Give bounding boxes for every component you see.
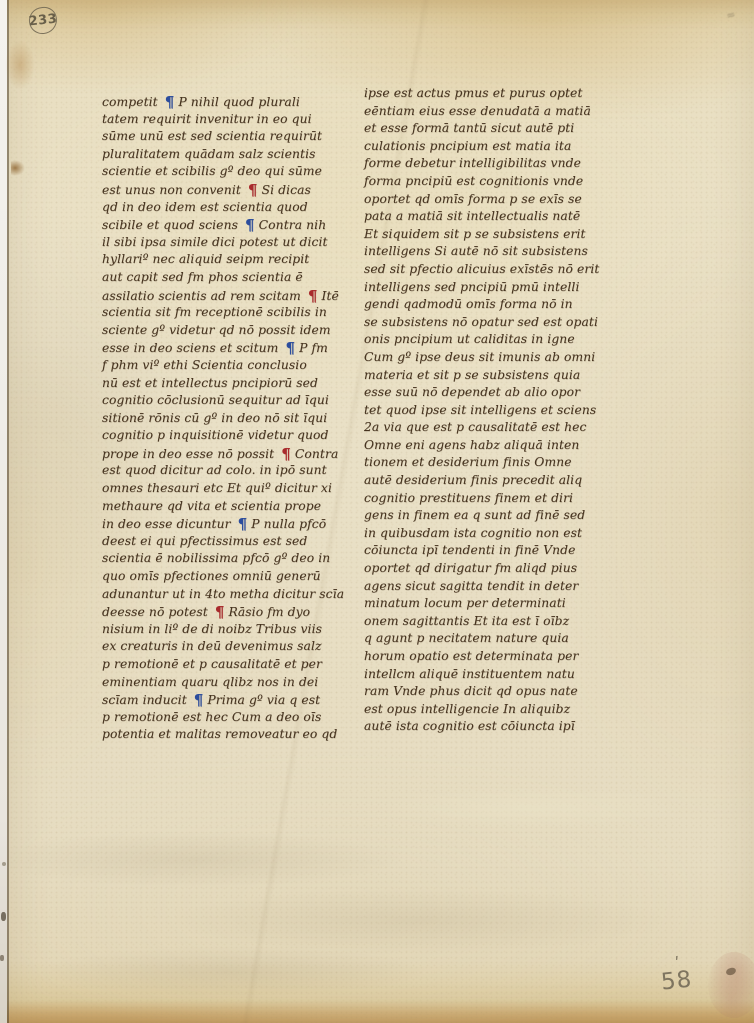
- text-line: Et siquidem sit p se subsistens erit: [364, 226, 610, 244]
- backing-speck: [2, 862, 6, 866]
- text-line: prope in deo esse nō possit ¶Contra: [102, 445, 342, 463]
- text-line: potentia et malitas removeatur eo qd: [102, 726, 342, 744]
- text-line: onis pncipium ut caliditas in igne: [364, 331, 610, 349]
- text-line: esse suū nō dependet ab alio opor: [364, 384, 610, 402]
- text-line: competit ¶P nihil quod plurali: [102, 93, 342, 111]
- text-line: cognitio cōclusionū sequitur ad īqui: [102, 392, 342, 410]
- text-line: materia et sit p se subsistens quia: [364, 367, 610, 385]
- text-line: sitionē rōnis cū gº in deo nō sit īqui: [102, 410, 342, 428]
- stain-top-left: [5, 40, 35, 90]
- text-line: et esse formā tantū sicut autē pti: [364, 120, 610, 138]
- text-line: intelligens sed pncipiū pmū intelli: [364, 279, 610, 297]
- text-line: agens sicut sagitta tendit in deter: [364, 578, 610, 596]
- red-paragraph-mark: ¶: [248, 182, 258, 200]
- pencil-leaf-number: 58: [660, 966, 694, 995]
- text-line: est quod dicitur ad colo. in ipō sunt: [102, 462, 342, 480]
- text-line: culationis pncipium est matia ita: [364, 138, 610, 156]
- text-line: deesse nō potest ¶Rāsio fm dyo: [102, 603, 342, 621]
- text-line: ram Vnde phus dicit qd opus nate: [364, 683, 610, 701]
- text-line: nisium in liº de di noibz Tribus viis: [102, 621, 342, 639]
- text-line: in quibusdam ista cognitio non est: [364, 525, 610, 543]
- text-line: cognitio p inquisitionē videtur quod: [102, 427, 342, 445]
- text-line: aut capit sed fm phos scientia ē: [102, 269, 342, 287]
- blue-paragraph-mark: ¶: [165, 94, 175, 112]
- text-line: onem sagittantis Et ita est ī oībz: [364, 613, 610, 631]
- text-line: p remotionē est hec Cum a deo oīs: [102, 709, 342, 727]
- text-line: intellcm aliquē instituentem natu: [364, 666, 610, 684]
- text-line: p remotionē et p causalitatē et per: [102, 656, 342, 674]
- text-line: il sibi ipsa simile dici potest ut dicit: [102, 234, 342, 252]
- text-column-right: ipse est actus pmus et purus opteteēntia…: [364, 85, 610, 736]
- text-line: est opus intelligencie In aliquibz: [364, 701, 610, 719]
- stain-bottom-right: [708, 952, 754, 1018]
- text-line: Cum gº ipse deus sit imunis ab omni: [364, 349, 610, 367]
- text-line: q agunt p necitatem nature quia: [364, 630, 610, 648]
- text-line: tionem et desiderium finis Omne: [364, 454, 610, 472]
- text-line: sciente gº videtur qd nō possit idem: [102, 322, 342, 340]
- text-line: cōiuncta ipī tendenti in finē Vnde: [364, 542, 610, 560]
- text-line: autē desiderium finis precedit aliq: [364, 472, 610, 490]
- text-line: omnes thesauri etc Et quiº dicitur xi: [102, 480, 342, 498]
- blue-paragraph-mark: ¶: [238, 516, 248, 534]
- backing-speck: [1, 912, 6, 921]
- text-line: adunantur ut in 4to metha dicitur scīa: [102, 586, 342, 604]
- text-line: scientia sit fm receptionē scibilis in: [102, 304, 342, 322]
- text-line: tatem requirit invenitur in eo qui: [102, 111, 342, 129]
- text-line: hyllariº nec aliquid seipm recipit: [102, 251, 342, 269]
- text-line: tet quod ipse sit intelligens et sciens: [364, 402, 610, 420]
- red-paragraph-mark: ¶: [215, 604, 225, 622]
- text-line: sūme unū est sed scientia requirūt: [102, 128, 342, 146]
- text-line: forma pncipiū est cognitionis vnde: [364, 173, 610, 191]
- text-line: 2a via que est p causalitatē est hec: [364, 419, 610, 437]
- text-line: qd in deo idem est scientia quod: [102, 199, 342, 217]
- parchment-leaf: ≈ 233 competit ¶P nihil quod pluralitate…: [7, 0, 754, 1023]
- text-line: oportet qd dirigatur fm aliqd pius: [364, 560, 610, 578]
- text-line: in deo esse dicuntur ¶P nulla pfcō: [102, 515, 342, 533]
- text-line: gens in finem ea q sunt ad finē sed: [364, 507, 610, 525]
- blue-paragraph-mark: ¶: [245, 217, 255, 235]
- text-line: intelligens Si autē nō sit subsistens: [364, 243, 610, 261]
- text-line: forme debetur intelligibilitas vnde: [364, 155, 610, 173]
- text-line: pluralitatem quādam salz scientis: [102, 146, 342, 164]
- blue-paragraph-mark: ¶: [285, 340, 295, 358]
- text-line: autē ista cognitio est cōiuncta ipī: [364, 718, 610, 736]
- text-line: assilatio scientis ad rem scitam ¶Itē: [102, 287, 342, 305]
- backing-speck: [0, 955, 4, 961]
- text-line: scientie et scibilis gº deo qui sūme: [102, 163, 342, 181]
- text-line: scibile et quod sciens ¶Contra nih: [102, 216, 342, 234]
- text-line: cognitio prestituens finem et diri: [364, 490, 610, 508]
- text-line: nū est et intellectus pncipiorū sed: [102, 375, 342, 393]
- stain-left-edge: [11, 160, 25, 176]
- red-paragraph-mark: ¶: [281, 446, 291, 464]
- text-line: minatum locum per determinati: [364, 595, 610, 613]
- text-line: pata a matiā sit intellectualis natē: [364, 208, 610, 226]
- text-line: eminentiam quaru qlibz nos in dei: [102, 674, 342, 692]
- text-line: methaure qd vita et scientia prope: [102, 498, 342, 516]
- text-line: Omne eni agens habz aliquā inten: [364, 437, 610, 455]
- text-line: deest ei qui pfectissimus est sed: [102, 533, 342, 551]
- text-line: horum opatio est determinata per: [364, 648, 610, 666]
- ink-blot: [725, 967, 736, 976]
- blue-paragraph-mark: ¶: [194, 692, 204, 710]
- red-paragraph-mark: ¶: [308, 288, 318, 306]
- text-line: est unus non convenit ¶Si dicas: [102, 181, 342, 199]
- text-column-left: competit ¶P nihil quod pluralitatem requ…: [102, 93, 342, 744]
- text-line: gendi qadmodū omīs forma nō in: [364, 296, 610, 314]
- text-line: ex creaturis in deū devenimus salz: [102, 638, 342, 656]
- text-line: eēntiam eius esse denudatā a matiā: [364, 103, 610, 121]
- text-line: quo omīs pfectiones omniū generū: [102, 568, 342, 586]
- text-line: sed sit pfectio alicuius exīstēs nō erit: [364, 261, 610, 279]
- text-line: se subsistens nō opatur sed est opati: [364, 314, 610, 332]
- text-line: esse in deo sciens et scitum ¶P fm: [102, 339, 342, 357]
- text-line: scīam inducit ¶Prima gº via q est: [102, 691, 342, 709]
- text-line: f phm viº ethi Scientia conclusio: [102, 357, 342, 375]
- text-line: scientia ē nobilissima pfcō gº deo in: [102, 550, 342, 568]
- text-line: ipse est actus pmus et purus optet: [364, 85, 610, 103]
- text-line: oportet qd omīs forma p se exīs se: [364, 191, 610, 209]
